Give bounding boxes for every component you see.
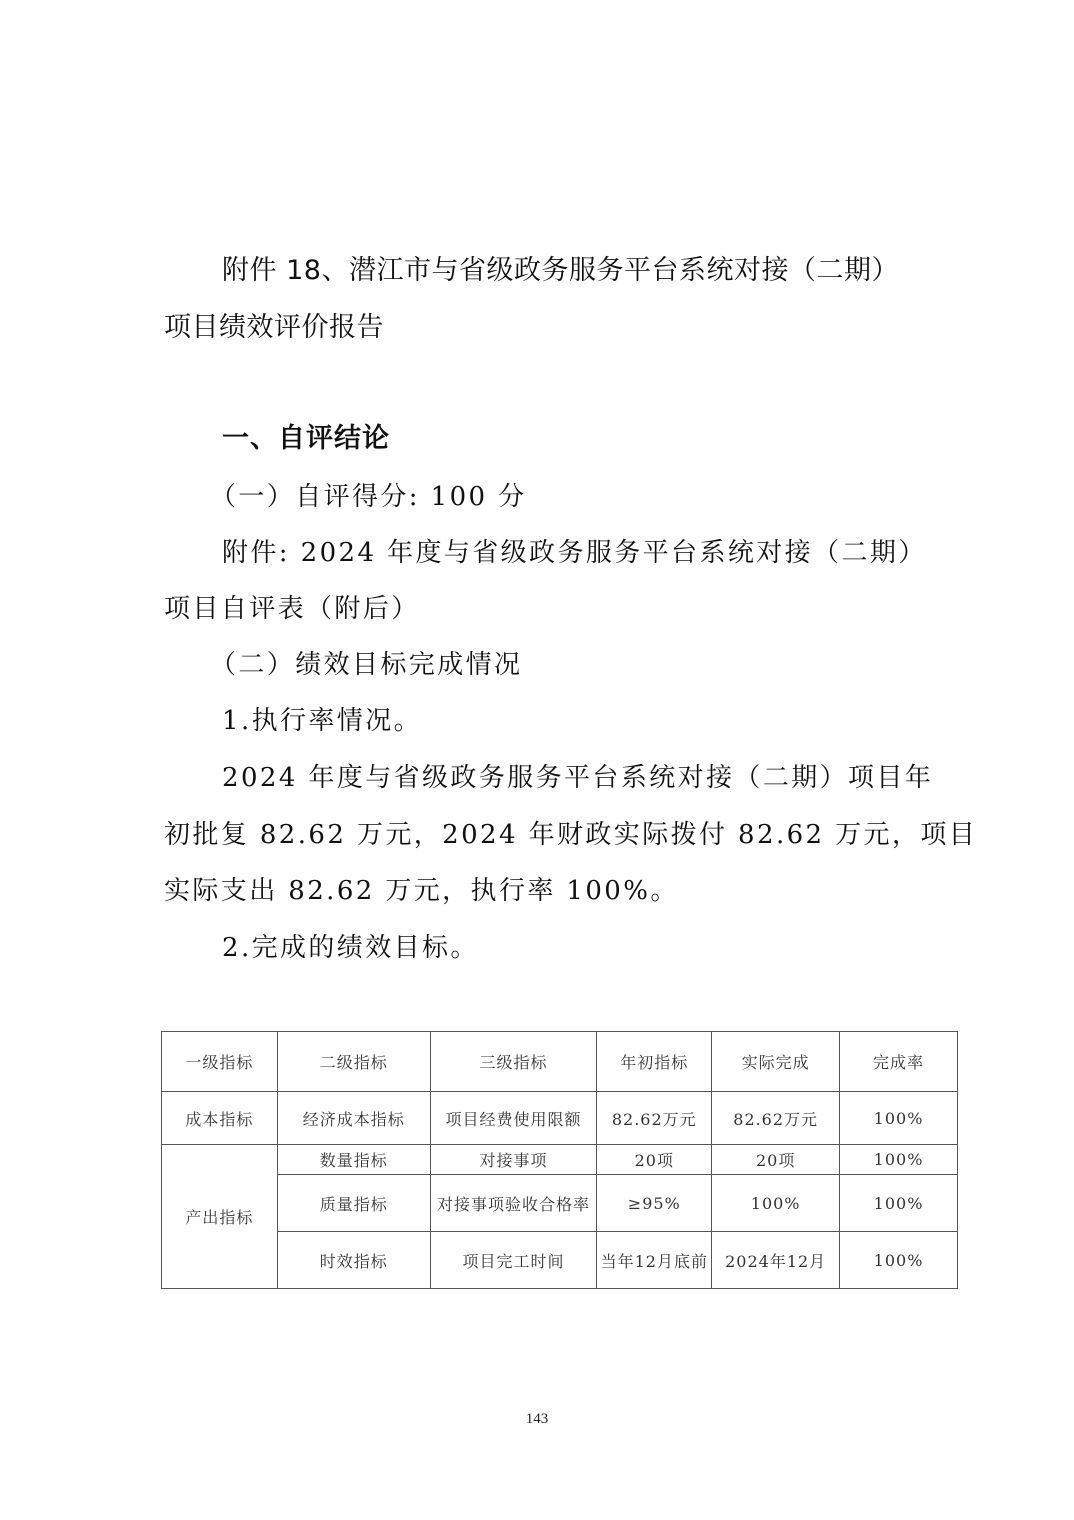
subsection-score: （一）自评得分: 100 分	[210, 482, 527, 512]
table-row: 成本指标 经济成本指标 项目经费使用限额 82.62万元 82.62万元 100…	[162, 1092, 958, 1145]
attachment-note-line-1: 附件: 2024 年度与省级政务服务平台系统对接（二期）	[222, 538, 927, 568]
subsection-goal-completion: （二）绩效目标完成情况	[210, 650, 522, 680]
report-title-line-1: 附件 18、潜江市与省级政务服务平台系统对接（二期）	[222, 256, 899, 286]
performance-metrics-table: 一级指标 二级指标 三级指标 年初指标 实际完成 完成率 成本指标 经济成本指标…	[161, 1031, 958, 1289]
table-row: 时效指标 项目完工时间 当年12月底前 2024年12月 100%	[162, 1232, 958, 1289]
cell-rate: 100%	[840, 1175, 958, 1232]
cell-level3: 对接事项验收合格率	[430, 1175, 597, 1232]
header-level1: 一级指标	[162, 1032, 278, 1092]
cell-level2: 数量指标	[277, 1145, 430, 1175]
cell-target: 20项	[597, 1145, 712, 1175]
cell-level2: 时效指标	[277, 1232, 430, 1289]
cell-actual: 100%	[712, 1175, 840, 1232]
execution-paragraph-line-1: 2024 年度与省级政务服务平台系统对接（二期）项目年	[222, 763, 933, 793]
cell-level1: 成本指标	[162, 1092, 278, 1145]
cell-actual: 82.62万元	[712, 1092, 840, 1145]
attachment-note-line-2: 项目自评表（附后）	[164, 594, 420, 624]
header-actual: 实际完成	[712, 1032, 840, 1092]
cell-level2: 经济成本指标	[277, 1092, 430, 1145]
table-row: 产出指标 数量指标 对接事项 20项 20项 100%	[162, 1145, 958, 1175]
cell-rate: 100%	[840, 1145, 958, 1175]
document-page: 附件 18、潜江市与省级政务服务平台系统对接（二期） 项目绩效评价报告 一、自评…	[0, 0, 1074, 1520]
cell-actual: 20项	[712, 1145, 840, 1175]
cell-rate: 100%	[840, 1092, 958, 1145]
page-number: 143	[0, 1411, 1074, 1428]
table-row: 质量指标 对接事项验收合格率 ≥95% 100% 100%	[162, 1175, 958, 1232]
header-level3: 三级指标	[430, 1032, 597, 1092]
report-title-line-2: 项目绩效评价报告	[164, 313, 384, 343]
header-rate: 完成率	[840, 1032, 958, 1092]
cell-target: 当年12月底前	[597, 1232, 712, 1289]
cell-level2: 质量指标	[277, 1175, 430, 1232]
section-heading-self-evaluation: 一、自评结论	[222, 424, 390, 454]
cell-level3: 项目经费使用限额	[430, 1092, 597, 1145]
cell-rate: 100%	[840, 1232, 958, 1289]
item-execution-rate-heading: 1.执行率情况。	[222, 706, 422, 736]
cell-target: 82.62万元	[597, 1092, 712, 1145]
cell-level3: 对接事项	[430, 1145, 597, 1175]
execution-paragraph-line-3: 实际支出 82.62 万元，执行率 100%。	[164, 876, 679, 906]
cell-actual: 2024年12月	[712, 1232, 840, 1289]
header-target: 年初指标	[597, 1032, 712, 1092]
execution-paragraph-line-2: 初批复 82.62 万元，2024 年财政实际拨付 82.62 万元，项目	[164, 820, 977, 850]
table-header-row: 一级指标 二级指标 三级指标 年初指标 实际完成 完成率	[162, 1032, 958, 1092]
cell-level3: 项目完工时间	[430, 1232, 597, 1289]
cell-level1-merged: 产出指标	[162, 1145, 278, 1289]
item-performance-goals-heading: 2.完成的绩效目标。	[222, 933, 479, 963]
header-level2: 二级指标	[277, 1032, 430, 1092]
cell-target: ≥95%	[597, 1175, 712, 1232]
